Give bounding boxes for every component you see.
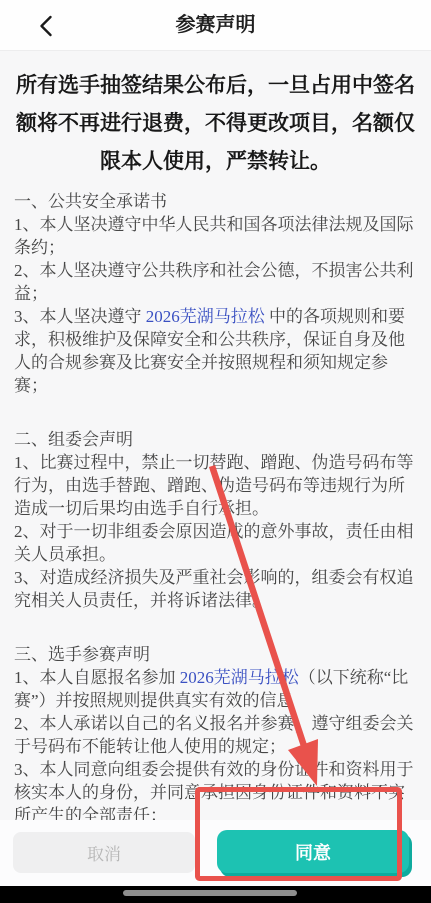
home-indicator[interactable] (123, 890, 297, 896)
action-bar: 取消 同意 (0, 820, 431, 886)
declaration-scroll-area[interactable]: 所有选手抽签结果公布后，一旦占用中签名额将不再进行退费，不得更改项目，名额仅限本… (0, 52, 431, 886)
clause: 2、对于一切非组委会原因造成的意外事故，责任由相关人员承担。 (14, 520, 417, 566)
section-title: 二、组委会声明 (14, 428, 417, 451)
clause: 1、本人坚决遵守中华人民共和国各项法律法规及国际条约； (14, 213, 417, 259)
clause: 2、本人坚决遵守公共秩序和社会公德，不损害公共利益； (14, 259, 417, 305)
refund-warning-text: 所有选手抽签结果公布后，一旦占用中签名额将不再进行退费，不得更改项目，名额仅限本… (16, 66, 415, 180)
clause: 3、本人同意向组委会提供有效的身份证件和资料用于核实本人的身份，并同意承担因身份… (14, 758, 417, 827)
participation-declaration-screen: 参赛声明 所有选手抽签结果公布后，一旦占用中签名额将不再进行退费，不得更改项目，… (0, 0, 431, 903)
navbar: 参赛声明 (0, 0, 431, 51)
agree-button[interactable]: 同意 (217, 830, 409, 873)
clause: 3、本人坚决遵守 2026芜湖马拉松 中的各项规则和要求，积极维护及保障安全和公… (14, 305, 417, 397)
section-title: 三、选手参赛声明 (14, 643, 417, 666)
clause-text: 1、本人自愿报名参加 (14, 668, 180, 687)
section-committee-statement: 二、组委会声明 1、比赛过程中，禁止一切替跑、蹭跑、伪造号码布等行为，由选手替跑… (14, 428, 417, 612)
clause: 1、比赛过程中，禁止一切替跑、蹭跑、伪造号码布等行为，由选手替跑、蹭跑、伪造号码… (14, 451, 417, 520)
page-title: 参赛声明 (0, 0, 431, 51)
event-link[interactable]: 2026芜湖马拉松 (180, 668, 299, 687)
clause: 2、本人承诺以自己的名义报名并参赛，遵守组委会关于号码布不能转让他人使用的规定； (14, 712, 417, 758)
section-title: 一、公共安全承诺书 (14, 190, 417, 213)
system-navigation-bar (0, 886, 431, 903)
section-public-safety: 一、公共安全承诺书 1、本人坚决遵守中华人民共和国各项法律法规及国际条约； 2、… (14, 190, 417, 397)
event-link[interactable]: 2026芜湖马拉松 (146, 307, 265, 326)
declaration-sections: 一、公共安全承诺书 1、本人坚决遵守中华人民共和国各项法律法规及国际条约； 2、… (14, 190, 417, 873)
cancel-button[interactable]: 取消 (13, 832, 195, 873)
clause: 3、对造成经济损失及严重社会影响的，组委会有权追究相关人员责任，并将诉诸法律。 (14, 566, 417, 612)
clause-text: 3、本人坚决遵守 (14, 307, 146, 326)
clause: 1、本人自愿报名参加 2026芜湖马拉松（以下统称“比赛”）并按照规则提供真实有… (14, 666, 417, 712)
